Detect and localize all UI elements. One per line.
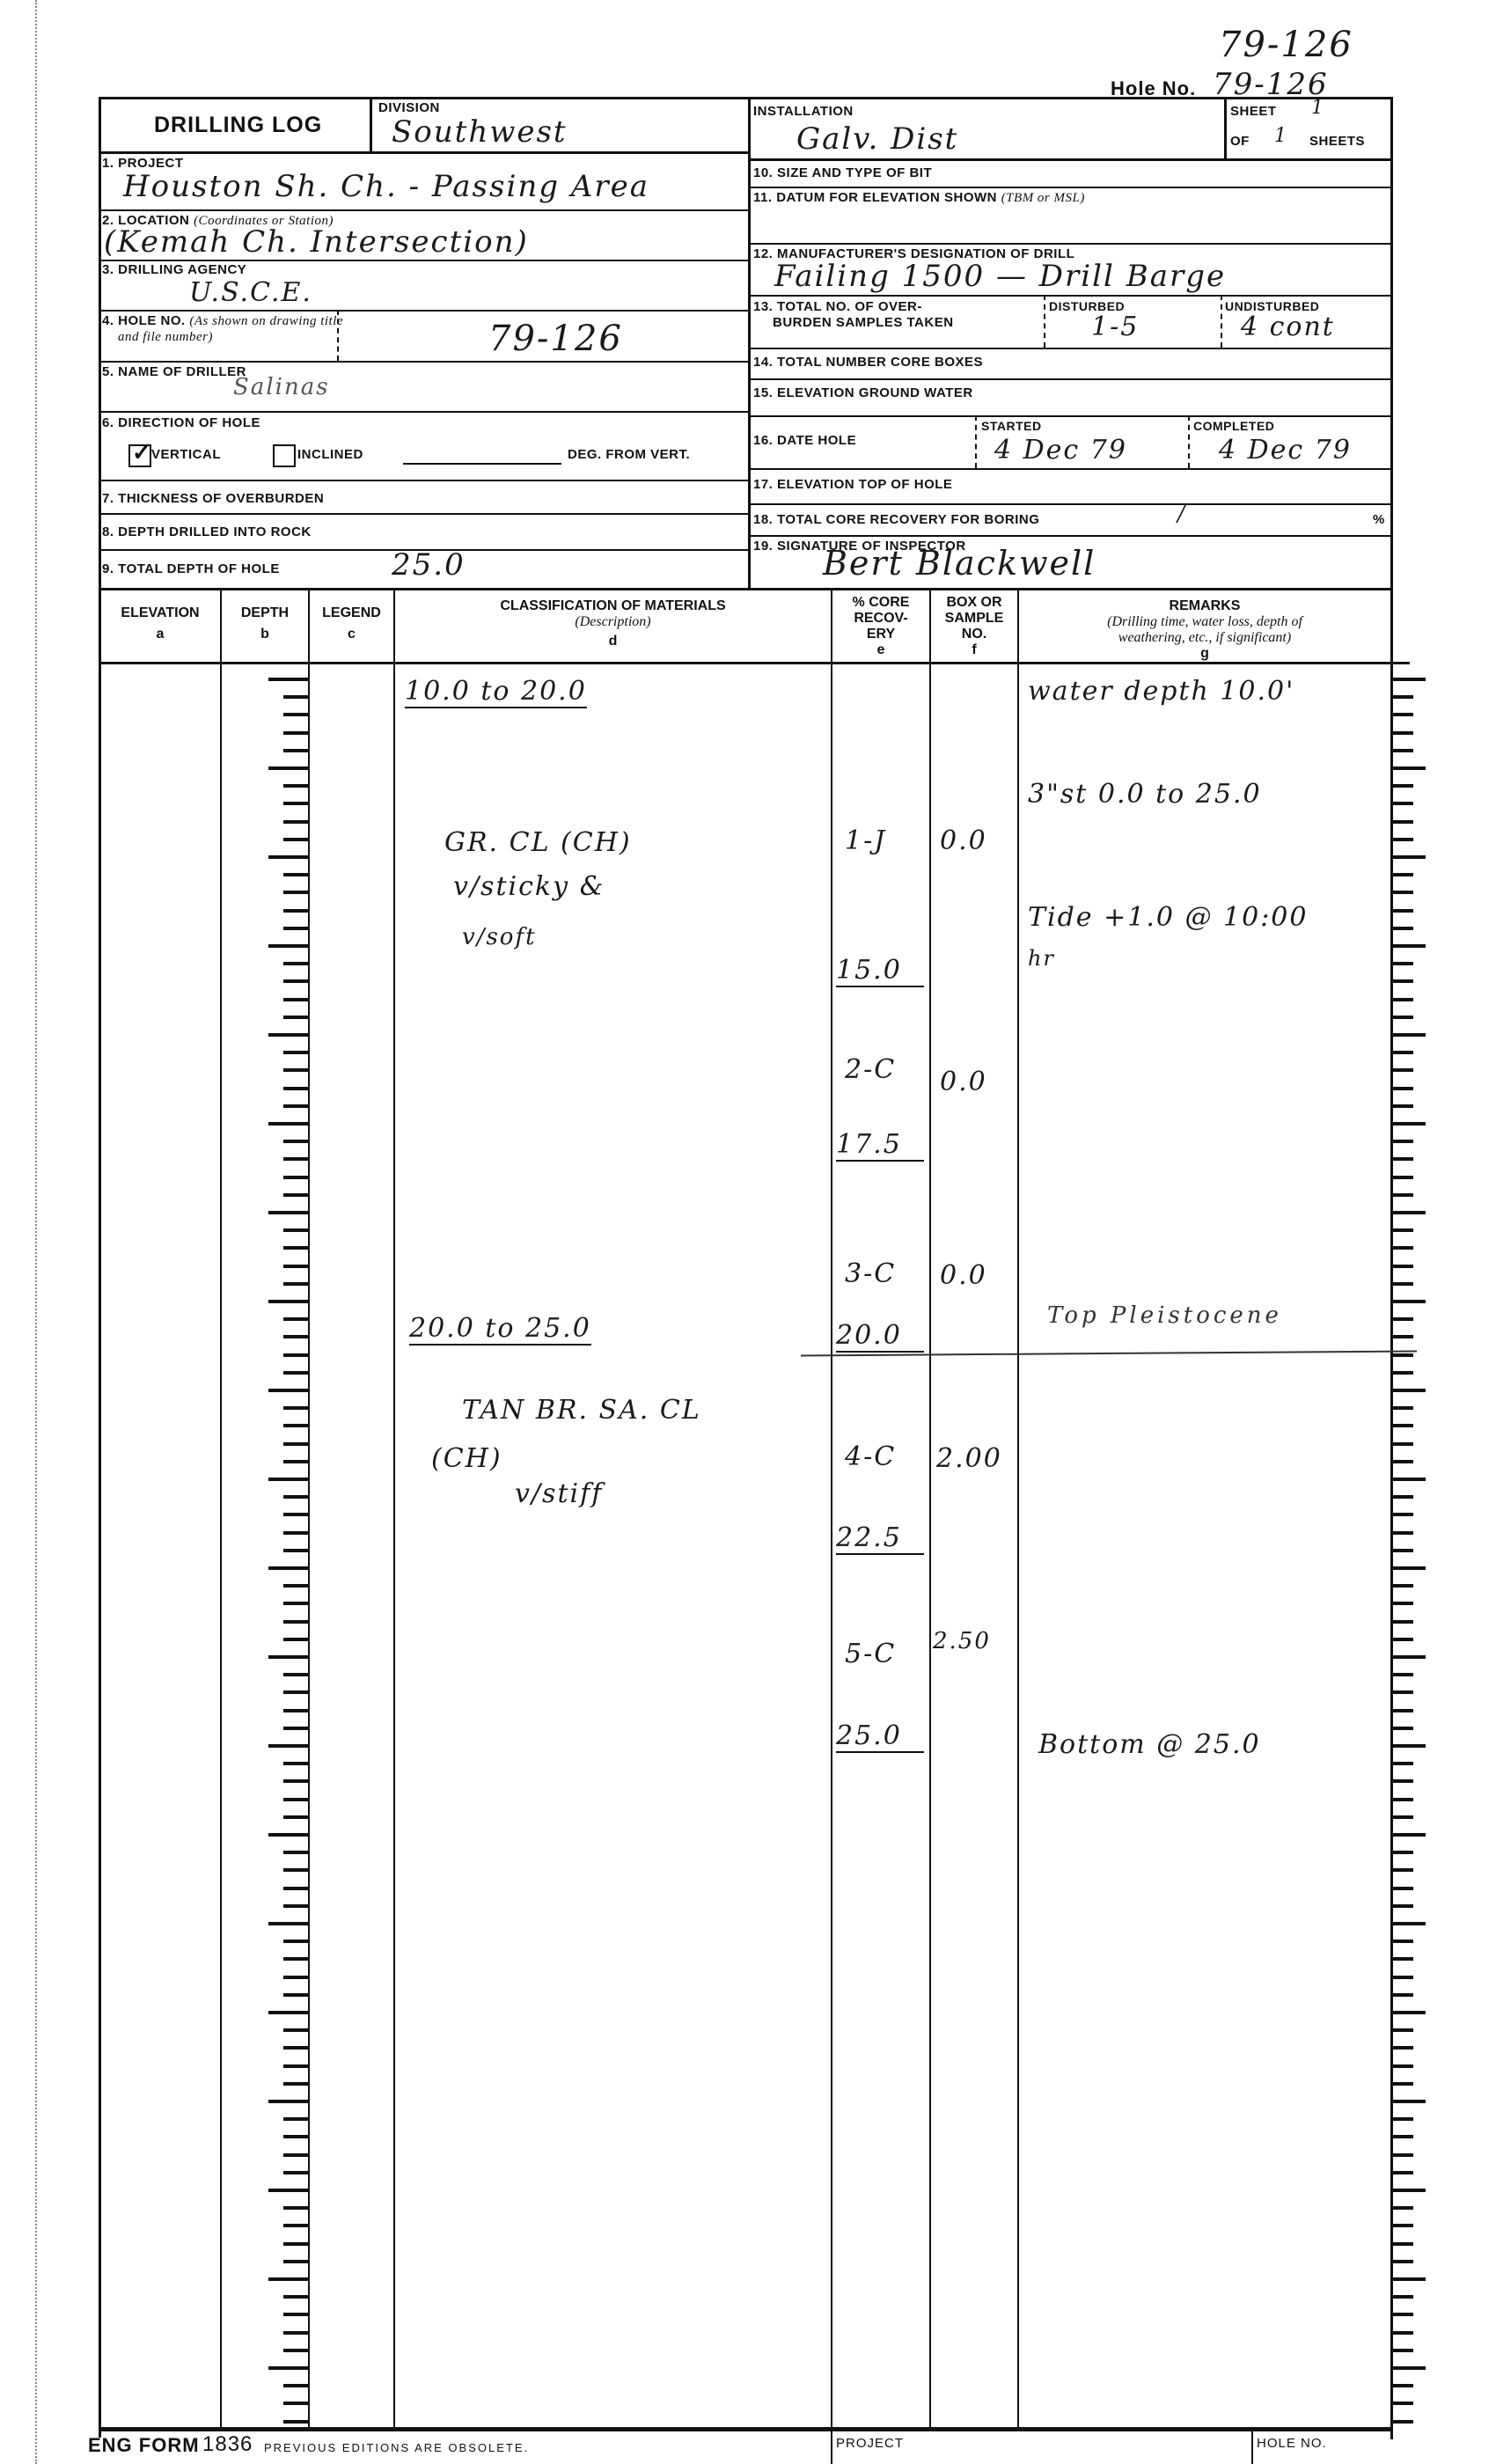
depth-tick [283, 713, 308, 716]
location-value[interactable]: (Kemah Ch. Intersection) [104, 224, 529, 260]
sample-depth: 17.5 [836, 1129, 924, 1162]
description-line: v/stiff [515, 1478, 603, 1509]
sheet-label: SHEET [1230, 104, 1277, 119]
total-depth-label: 9. TOTAL DEPTH OF HOLE [102, 561, 280, 576]
margin-tick [1392, 909, 1413, 913]
depth-tick [283, 979, 308, 983]
margin-tick [1392, 1531, 1413, 1535]
margin-tick [1392, 1104, 1413, 1108]
sample-id: 4-C [845, 1441, 896, 1472]
depth-tick [283, 998, 308, 1001]
total-depth-value[interactable]: 25.0 [392, 547, 466, 583]
core-boxes-label: 14. TOTAL NUMBER CORE BOXES [753, 355, 983, 370]
margin-tick [1392, 713, 1413, 716]
deg-label: DEG. FROM VERT. [568, 447, 690, 462]
margin-tick [1392, 2260, 1413, 2263]
margin-tick [1392, 2171, 1413, 2174]
depth-tick [283, 1549, 308, 1552]
depth-tick [268, 2277, 308, 2281]
hole-no-field-label: 4. HOLE NO. (As shown on drawing title [102, 313, 343, 329]
depth-tick [268, 1744, 308, 1748]
sample-recovery: 2.00 [936, 1443, 1002, 1474]
depth-tick [283, 2331, 308, 2335]
margin-tick [1392, 2384, 1413, 2387]
description-line: GR. CL (CH) [444, 827, 632, 858]
margin-tick [1392, 1265, 1413, 1268]
depth-tick [283, 2402, 308, 2405]
margin-tick [1392, 1602, 1413, 1605]
depth-tick [283, 2295, 308, 2299]
col-sample-no-header: BOX ORSAMPLENO.f [931, 595, 1017, 658]
disturbed-value[interactable]: 1-5 [1091, 312, 1139, 342]
depth-tick [268, 2366, 308, 2370]
remark-shelby-tube: 3"st 0.0 to 25.0 [1028, 779, 1262, 810]
depth-tick [283, 1798, 308, 1801]
col-classification-header: CLASSIFICATION OF MATERIALS(Description)… [395, 598, 831, 649]
margin-tick [1392, 1620, 1413, 1624]
sheet-value[interactable]: 1 [1311, 97, 1325, 119]
installation-label: INSTALLATION [753, 104, 854, 119]
depth-tick [268, 766, 308, 770]
description-line: v/soft [462, 924, 537, 950]
margin-tick [1392, 2295, 1413, 2299]
hole-number-annotation: 79-126 [1219, 25, 1353, 65]
col-elevation-header: ELEVATIONa [100, 605, 220, 642]
margin-tick [1392, 979, 1413, 983]
margin-tick [1392, 1887, 1413, 1890]
sample-depth: 22.5 [836, 1522, 924, 1555]
direction-label: 6. DIRECTION OF HOLE [102, 415, 260, 430]
depth-tick [283, 2082, 308, 2086]
deg-input-line[interactable] [403, 463, 561, 465]
depth-tick [283, 1602, 308, 1605]
margin-tick [1392, 1513, 1413, 1516]
depth-tick [283, 2420, 308, 2424]
completed-value[interactable]: 4 Dec 79 [1219, 435, 1352, 466]
margin-tick [1392, 1176, 1413, 1179]
depth-tick [283, 891, 308, 894]
depth-tick [268, 855, 308, 859]
depth-tick [283, 2384, 308, 2387]
margin-tick [1392, 1727, 1413, 1730]
margin-tick [1392, 1389, 1426, 1392]
margin-tick [1392, 678, 1426, 681]
depth-tick [283, 1104, 308, 1108]
margin-tick [1392, 731, 1413, 735]
datum-label: 11. DATUM FOR ELEVATION SHOWN (TBM or MS… [753, 190, 1085, 206]
depth-tick [283, 1371, 308, 1375]
division-value[interactable]: Southwest [392, 114, 568, 150]
sample-recovery: 0.0 [940, 1260, 987, 1291]
depth-tick [283, 2028, 308, 2032]
depth-tick [283, 1495, 308, 1499]
undisturbed-value[interactable]: 4 cont [1241, 312, 1335, 342]
margin-tick [1392, 2153, 1413, 2157]
depth-tick [283, 1335, 308, 1338]
margin-tick [1392, 1957, 1413, 1961]
description-line: v/sticky & [453, 871, 605, 902]
depth-tick [283, 962, 308, 965]
depth-tick [283, 2349, 308, 2352]
footer-project-label: PROJECT [836, 2436, 904, 2451]
depth-tick [268, 678, 308, 681]
depth-tick [283, 1762, 308, 1765]
sample-recovery: 0.0 [940, 1067, 987, 1097]
col-core-recovery-header: % CORERECOV-ERYe [832, 595, 929, 658]
depth-tick [283, 1424, 308, 1427]
depth-tick [283, 1176, 308, 1179]
margin-tick [1392, 2028, 1413, 2032]
core-recovery-label: 18. TOTAL CORE RECOVERY FOR BORING [753, 512, 1039, 527]
col-remarks-header: REMARKS(Drilling time, water loss, depth… [1019, 598, 1390, 662]
depth-tick [283, 802, 308, 805]
margin-tick [1392, 1140, 1413, 1143]
margin-tick [1392, 2402, 1413, 2405]
margin-tick [1392, 873, 1413, 876]
sample-id: 3-C [845, 1258, 896, 1289]
depth-tick [268, 1478, 308, 1481]
samples-label-2: BURDEN SAMPLES TAKEN [773, 315, 954, 330]
remark-tide-hr: hr [1028, 946, 1055, 971]
core-recovery-value[interactable]: / [1177, 502, 1186, 526]
depth-tick [283, 1246, 308, 1250]
depth-tick [283, 2117, 308, 2121]
overburden-label: 7. THICKNESS OF OVERBURDEN [102, 491, 324, 506]
depth-tick [283, 1815, 308, 1819]
depth-tick [283, 1673, 308, 1676]
sample-recovery: 0.0 [940, 825, 987, 856]
margin-tick [1392, 1424, 1413, 1427]
margin-tick [1392, 962, 1413, 965]
depth-tick [283, 873, 308, 876]
margin-tick [1392, 1690, 1413, 1694]
hole-no-field-note: and file number) [118, 329, 213, 345]
margin-tick [1392, 1779, 1413, 1783]
scan-edge [35, 0, 39, 2464]
margin-tick [1392, 1211, 1426, 1214]
depth-tick [283, 1513, 308, 1516]
margin-tick [1392, 1371, 1413, 1375]
depth-tick [283, 2206, 308, 2210]
margin-tick [1392, 1033, 1426, 1037]
margin-tick [1392, 1193, 1413, 1197]
margin-tick [1392, 838, 1413, 841]
margin-tick [1392, 784, 1413, 788]
description-line: (CH) [431, 1443, 502, 1474]
margin-tick [1392, 820, 1413, 824]
margin-tick [1392, 1744, 1426, 1748]
depth-tick [283, 1779, 308, 1783]
margin-tick [1392, 1442, 1413, 1446]
depth-tick [283, 838, 308, 841]
driller-value[interactable]: Salinas [233, 374, 330, 400]
description-interval-2: 20.0 to 25.0 [409, 1313, 591, 1346]
depth-tick [283, 1317, 308, 1321]
sample-id: 5-C [845, 1639, 896, 1669]
margin-tick [1392, 1335, 1413, 1338]
vertical-checkbox[interactable]: ✓ [128, 444, 151, 467]
depth-tick [283, 1957, 308, 1961]
margin-tick [1392, 1478, 1426, 1481]
margin-tick [1392, 944, 1426, 948]
checkmark-icon: ✓ [132, 439, 151, 466]
col-legend-header: LEGENDc [310, 605, 393, 642]
core-recovery-unit: % [1373, 512, 1385, 527]
depth-tick [283, 2046, 308, 2050]
inspector-signature[interactable]: Bert Blackwell [823, 544, 1096, 583]
margin-tick [1392, 1762, 1413, 1765]
margin-tick [1392, 766, 1426, 770]
sample-recovery: 2.50 [933, 1628, 991, 1654]
depth-tick [283, 1406, 308, 1410]
margin-tick [1392, 1122, 1426, 1126]
depth-tick [283, 1993, 308, 1997]
margin-tick [1392, 1282, 1413, 1286]
depth-rock-label: 8. DEPTH DRILLED INTO ROCK [102, 524, 312, 539]
depth-tick [283, 2064, 308, 2068]
depth-tick [283, 1157, 308, 1161]
margin-tick [1392, 2349, 1413, 2352]
margin-tick [1392, 1904, 1413, 1908]
depth-tick [283, 1016, 308, 1019]
depth-tick [283, 1584, 308, 1588]
margin-tick [1392, 2277, 1426, 2281]
margin-tick [1392, 1851, 1413, 1854]
depth-tick [283, 695, 308, 699]
depth-tick [283, 1887, 308, 1890]
installation-value[interactable]: Galv. Dist [796, 121, 958, 157]
depth-tick [283, 820, 308, 824]
margin-tick [1392, 1246, 1413, 1250]
hole-no-field-value[interactable]: 79-126 [488, 319, 623, 359]
depth-tick [283, 1709, 308, 1712]
driller-label: 5. NAME OF DRILLER [102, 364, 246, 379]
depth-tick [283, 1051, 308, 1054]
depth-tick [283, 927, 308, 930]
margin-tick [1392, 1798, 1413, 1801]
margin-tick [1392, 998, 1413, 1001]
depth-tick [283, 1531, 308, 1535]
division-label: DIVISION [378, 100, 440, 115]
drilling-agency-value[interactable]: U.S.C.E. [189, 277, 312, 308]
of-value[interactable]: 1 [1274, 125, 1288, 147]
depth-tick [283, 1265, 308, 1268]
margin-tick [1392, 2224, 1413, 2227]
margin-tick [1392, 802, 1413, 805]
margin-tick [1392, 1068, 1413, 1072]
margin-tick [1392, 1940, 1413, 1943]
elevation-top-label: 17. ELEVATION TOP OF HOLE [753, 477, 952, 492]
remark-water-depth: water depth 10.0' [1028, 676, 1294, 707]
depth-tick [283, 1690, 308, 1694]
margin-tick [1392, 1993, 1413, 1997]
margin-tick [1392, 1709, 1413, 1712]
margin-tick [1392, 2366, 1426, 2370]
depth-tick [268, 2011, 308, 2014]
vertical-label: VERTICAL [151, 447, 221, 462]
footer-hole-no-label: HOLE NO. [1257, 2436, 1327, 2451]
depth-tick [283, 2313, 308, 2316]
margin-tick [1392, 1228, 1413, 1232]
depth-tick [268, 2100, 308, 2103]
margin-tick [1392, 1300, 1426, 1303]
depth-tick [283, 1727, 308, 1730]
margin-tick [1392, 1317, 1413, 1321]
depth-tick [283, 1068, 308, 1072]
margin-tick [1392, 1051, 1413, 1054]
margin-tick [1392, 1655, 1426, 1659]
margin-tick [1392, 1922, 1426, 1925]
ground-water-label: 15. ELEVATION GROUND WATER [753, 385, 973, 400]
depth-tick [283, 749, 308, 752]
margin-tick [1392, 1087, 1413, 1090]
depth-tick [283, 1904, 308, 1908]
col-depth-header: DEPTHb [222, 605, 308, 642]
margin-tick [1392, 2064, 1413, 2068]
depth-tick [283, 2260, 308, 2263]
sample-id: 2-C [845, 1054, 896, 1085]
depth-tick [268, 1566, 308, 1570]
form-title: DRILLING LOG [154, 113, 322, 138]
remark-tide: Tide +1.0 @ 10:00 [1028, 902, 1308, 933]
previous-editions-notice: PREVIOUS EDITIONS ARE OBSOLETE. [264, 2441, 529, 2454]
margin-tick [1392, 2313, 1413, 2316]
description-interval-1: 10.0 to 20.0 [405, 676, 587, 708]
sample-id: 1-J [845, 825, 886, 856]
depth-tick [283, 2242, 308, 2246]
depth-tick [283, 1353, 308, 1357]
drilling-agency-label: 3. DRILLING AGENCY [102, 262, 246, 277]
started-value[interactable]: 4 Dec 79 [994, 435, 1127, 466]
depth-tick [283, 1442, 308, 1446]
margin-tick [1392, 1815, 1413, 1819]
depth-tick [268, 944, 308, 948]
inclined-checkbox[interactable] [273, 444, 296, 467]
sheets-label: SHEETS [1309, 134, 1365, 149]
remark-bottom: Bottom @ 25.0 [1038, 1729, 1261, 1760]
depth-tick [283, 731, 308, 735]
margin-tick [1392, 2117, 1413, 2121]
date-hole-label: 16. DATE HOLE [753, 433, 856, 448]
margin-tick [1392, 2331, 1413, 2335]
margin-tick [1392, 1157, 1413, 1161]
remark-top-pleistocene: Top Pleistocene [1047, 1302, 1282, 1329]
margin-tick [1392, 2242, 1413, 2246]
depth-tick [283, 1282, 308, 1286]
depth-tick [283, 2171, 308, 2174]
sample-depth: 20.0 [836, 1320, 924, 1353]
depth-tick [283, 784, 308, 788]
depth-tick [283, 1940, 308, 1943]
margin-tick [1392, 1460, 1413, 1463]
depth-tick [268, 1833, 308, 1837]
depth-tick [268, 1211, 308, 1214]
margin-tick [1392, 2189, 1426, 2192]
margin-tick [1392, 855, 1426, 859]
margin-tick [1392, 1353, 1413, 1357]
depth-tick [268, 1922, 308, 1925]
depth-tick [283, 1460, 308, 1463]
margin-tick [1392, 2046, 1413, 2050]
completed-label: COMPLETED [1193, 419, 1274, 433]
depth-tick [283, 1620, 308, 1624]
depth-tick [268, 1033, 308, 1037]
depth-tick [283, 909, 308, 913]
of-label: OF [1230, 134, 1250, 149]
margin-tick [1392, 1016, 1413, 1019]
margin-tick [1392, 1833, 1426, 1837]
margin-tick [1392, 2100, 1426, 2103]
inclined-label: INCLINED [297, 447, 363, 462]
depth-tick [268, 1389, 308, 1392]
margin-tick [1392, 2420, 1413, 2424]
drill-designation-value[interactable]: Failing 1500 — Drill Barge [774, 259, 1226, 294]
depth-tick [283, 1193, 308, 1197]
description-line: TAN BR. SA. CL [462, 1395, 701, 1426]
margin-tick [1392, 927, 1413, 930]
depth-tick [283, 2135, 308, 2138]
margin-tick [1392, 1976, 1413, 1979]
margin-tick [1392, 1406, 1413, 1410]
margin-tick [1392, 2135, 1413, 2138]
margin-tick [1392, 1638, 1413, 1641]
margin-tick [1392, 1566, 1426, 1570]
margin-tick [1392, 1868, 1413, 1872]
samples-label-1: 13. TOTAL NO. OF OVER- [753, 299, 922, 314]
margin-tick [1392, 695, 1413, 699]
project-value[interactable]: Houston Sh. Ch. - Passing Area [123, 169, 649, 204]
started-label: STARTED [981, 419, 1042, 433]
depth-tick [283, 1087, 308, 1090]
depth-tick [283, 1868, 308, 1872]
margin-tick [1392, 749, 1413, 752]
form-label: ENG FORM [88, 2434, 200, 2457]
depth-tick [283, 1976, 308, 1979]
depth-tick [283, 1851, 308, 1854]
depth-tick [283, 2153, 308, 2157]
margin-tick [1392, 891, 1413, 894]
depth-tick [283, 1140, 308, 1143]
depth-tick [268, 1655, 308, 1659]
margin-tick [1392, 1495, 1413, 1499]
margin-tick [1392, 1673, 1413, 1676]
sample-depth: 25.0 [836, 1720, 924, 1753]
margin-tick [1392, 1584, 1413, 1588]
depth-tick [283, 1228, 308, 1232]
form-number: 1836 [202, 2432, 253, 2457]
depth-tick [268, 1122, 308, 1126]
margin-tick [1392, 1549, 1413, 1552]
margin-tick [1392, 2011, 1426, 2014]
depth-tick [283, 2224, 308, 2227]
margin-tick [1392, 2206, 1413, 2210]
margin-tick [1392, 2082, 1413, 2086]
depth-tick [268, 1300, 308, 1303]
depth-tick [268, 2189, 308, 2192]
bit-label: 10. SIZE AND TYPE OF BIT [753, 165, 932, 180]
sample-depth: 15.0 [836, 955, 924, 987]
depth-tick [283, 1638, 308, 1641]
